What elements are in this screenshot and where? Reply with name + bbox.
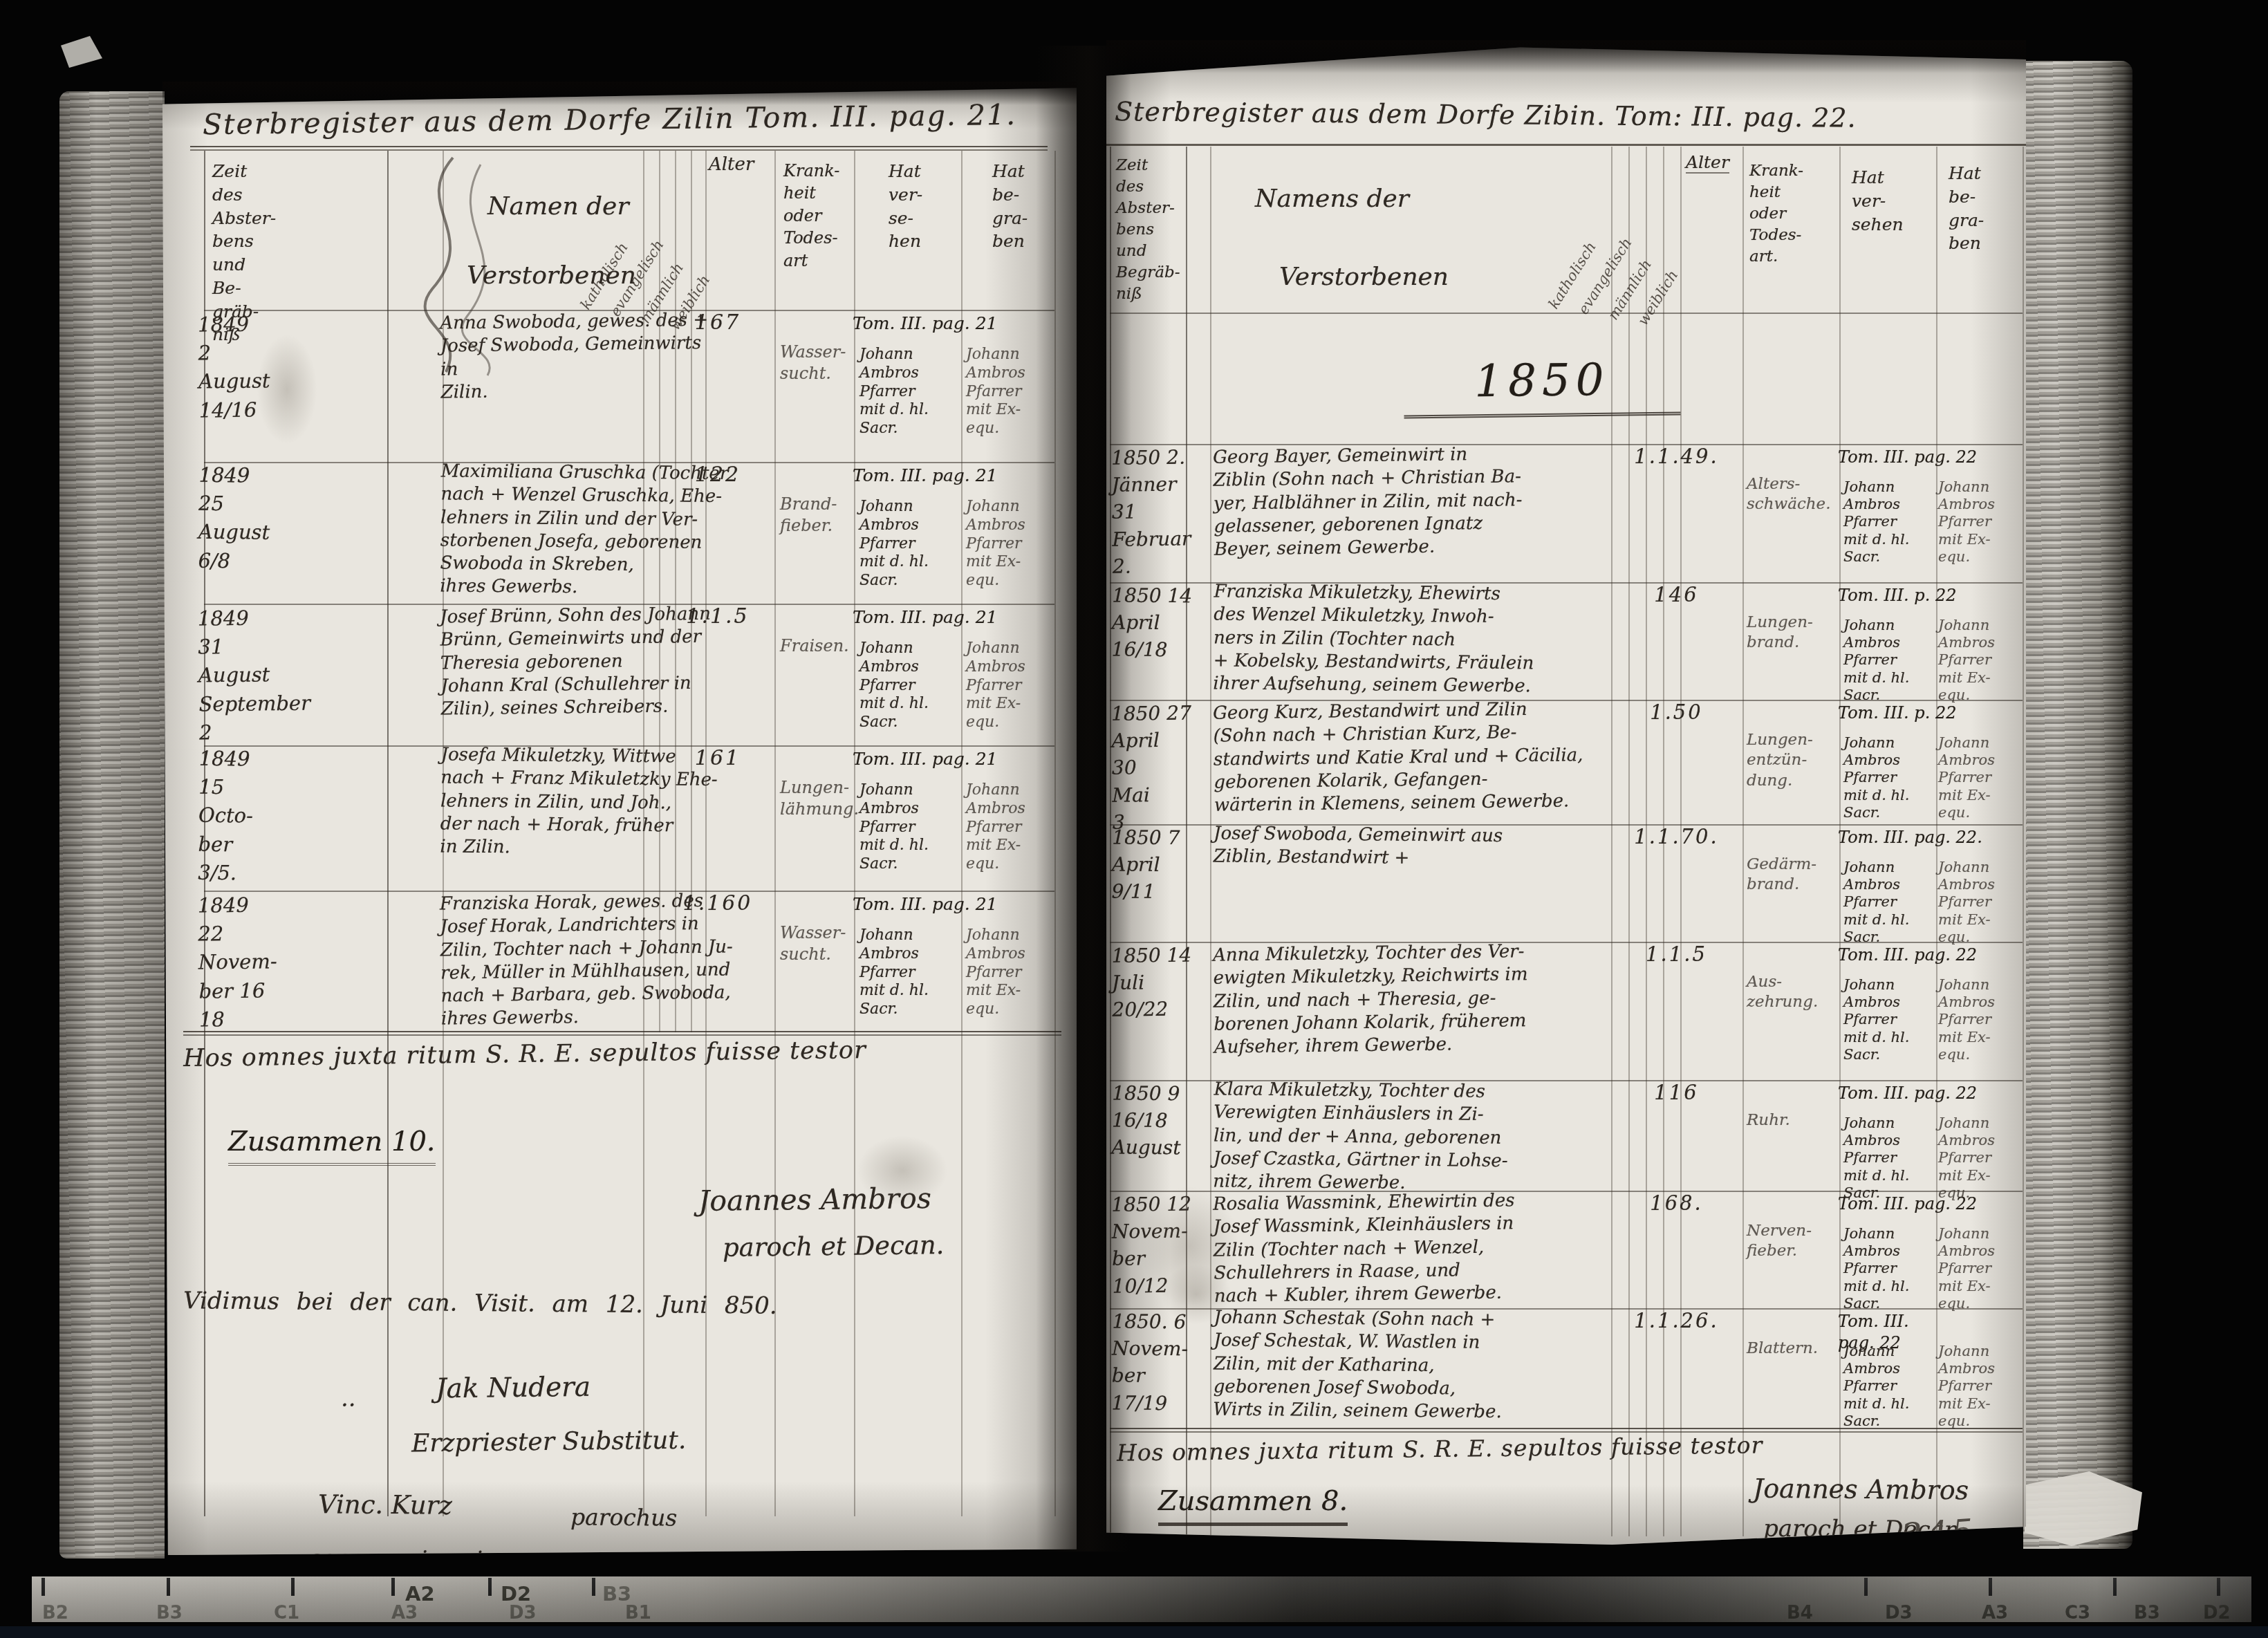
latin-attestation: Hos omnes juxta ritum S. R. E. sepultos …: [1117, 1431, 1763, 1466]
column-header-begraben: Hat be- gra- ben: [992, 160, 1028, 253]
column-header-begraben: Hat be- gra- ben: [1949, 162, 1984, 255]
cell-versehen: Johann Ambros Pfarrer mit d. hl. Sacr.: [1843, 859, 1932, 946]
cell-age: 167: [659, 310, 777, 336]
register-row: 1850 14 Juli 20/22 Anna Mikuletzky, Toch…: [1106, 942, 2026, 1080]
column-header-namen-1: Namen der: [487, 192, 629, 221]
cell-date: 1849 25 August 6/8: [198, 461, 382, 577]
ruler-label: A3: [391, 1603, 418, 1623]
column-header-namen-2: Verstorbenen: [1279, 263, 1449, 291]
cell-versehen: Johann Ambros Pfarrer mit d. hl. Sacr.: [1843, 1115, 1932, 1202]
cell-name: Anna Mikuletzky, Tochter des Ver- ewigte…: [1213, 939, 1629, 1059]
cell-tome-note: Tom. III. p. 22: [1838, 702, 2023, 724]
signature-name: Joannes Ambros: [1753, 1473, 1969, 1506]
column-header-krankheit: Krank- heit oder Todes- art.: [1749, 160, 1803, 268]
cell-versehen: Johann Ambros Pfarrer mit d. hl. Sacr.: [1843, 976, 1932, 1063]
cell-tome-note: Tom. III. pag. 21: [853, 893, 1054, 915]
cell-begraben: Johann Ambros Pfarrer mit Ex- equ.: [1938, 1115, 2021, 1202]
cell-age: 168.: [1619, 1191, 1733, 1216]
cell-begraben: Johann Ambros Pfarrer mit Ex- equ.: [966, 640, 1052, 732]
column-header-krankheit: Krank- heit oder Todes- art: [783, 160, 839, 272]
cell-disease: Alters- schwäche.: [1747, 474, 1835, 515]
visitator2-title: parochus: [570, 1503, 678, 1531]
register-row: 1850. 6 Novem- ber 17/19 Johann Schestak…: [1106, 1308, 2026, 1429]
scan-bottom-band: [0, 1626, 2268, 1638]
cell-disease: Lungen- lähmung.: [780, 777, 853, 819]
cell-versehen: Johann Ambros Pfarrer mit d. hl. Sacr.: [1843, 617, 1932, 704]
ruler-tick: [488, 1578, 492, 1596]
ruler-label: B1: [625, 1603, 651, 1623]
cell-begraben: Johann Ambros Pfarrer mit Ex- equ.: [1938, 859, 2021, 946]
cell-disease: Ruhr.: [1747, 1110, 1835, 1130]
cell-begraben: Johann Ambros Pfarrer mit Ex- equ.: [1938, 976, 2021, 1063]
page-title: Sterbregister aus dem Dorfe Zilin Tom. I…: [203, 98, 1017, 141]
register-row: 1850 9 16/18 August Klara Mikuletzky, To…: [1106, 1080, 2026, 1191]
register-row: 1849 31 August September 2 Josef Brünn, …: [162, 604, 1077, 745]
cell-disease: Blattern.: [1747, 1339, 1835, 1359]
cell-date: 1850 27 April 30 Mai 3: [1111, 699, 1209, 836]
register-row: 1850 7 April 9/11 Josef Swoboda, Gemeinw…: [1106, 824, 2026, 942]
register-row: 1849 2 August 14/16 Anna Swoboda, gewes.…: [162, 310, 1077, 462]
cell-age: 122: [659, 462, 777, 488]
total-count: Zusammen 8.: [1158, 1485, 1348, 1526]
cell-tome-note: Tom. III. pag. 22: [1838, 1193, 2023, 1215]
total-count: Zusammen 10.: [228, 1126, 436, 1166]
signature-title: paroch et Decan.: [723, 1230, 945, 1263]
visitator2-title-2: concommissarius: [309, 1545, 509, 1574]
cell-name: Johann Schestak (Sohn nach + Josef Sches…: [1213, 1306, 1628, 1425]
ruler-tick: [2217, 1578, 2220, 1596]
cell-age: 1.1.26.: [1619, 1308, 1733, 1334]
cell-begraben: Johann Ambros Pfarrer mit Ex- equ.: [966, 346, 1052, 438]
left-page-stack-edge: [59, 91, 165, 1558]
cell-age: 1.1.70.: [1619, 824, 1733, 850]
cell-name: Rosalia Wassmink, Ehewirtin des Josef Wa…: [1213, 1188, 1629, 1308]
register-row: 1850 12 Novem- ber 10/12 Rosalia Wassmin…: [1106, 1191, 2026, 1308]
cell-versehen: Johann Ambros Pfarrer mit d. hl. Sacr.: [1843, 1343, 1932, 1430]
ruler-tick: [167, 1578, 170, 1596]
cell-age: 146: [1619, 582, 1733, 608]
ruler-tick: [1989, 1578, 1992, 1596]
cell-begraben: Johann Ambros Pfarrer mit Ex- equ.: [966, 781, 1052, 874]
cell-tome-note: Tom. III. pag. 22: [1838, 1083, 2023, 1104]
cell-begraben: Johann Ambros Pfarrer mit Ex- equ.: [1938, 734, 2021, 821]
cell-disease: Aus- zehrung.: [1747, 972, 1835, 1013]
cell-begraben: Johann Ambros Pfarrer mit Ex- equ.: [1938, 1225, 2021, 1312]
cell-date: 1850 12 Novem- ber 10/12: [1111, 1190, 1209, 1299]
cell-begraben: Johann Ambros Pfarrer mit Ex- equ.: [966, 498, 1052, 590]
cell-date: 1849 22 Novem- ber 16 18: [198, 889, 382, 1034]
ruler-tick: [391, 1578, 395, 1596]
cell-versehen: Johann Ambros Pfarrer mit d. hl. Sacr.: [859, 781, 956, 874]
cell-age: 161: [659, 745, 777, 772]
right-page-stack-edge: [2023, 61, 2132, 1549]
cell-begraben: Johann Ambros Pfarrer mit Ex- equ.: [1938, 478, 2021, 566]
cell-date: 1849 2 August 14/16: [198, 308, 382, 425]
register-page-21: Sterbregister aus dem Dorfe Zilin Tom. I…: [162, 85, 1077, 1555]
cell-disease: Nerven- fieber.: [1747, 1221, 1835, 1262]
signature-name: Joannes Ambros: [698, 1182, 931, 1218]
ruler-label: B3: [602, 1582, 631, 1606]
cell-tome-note: Tom. III. p. 22: [1838, 585, 2023, 606]
cell-disease: Wasser- sucht.: [780, 342, 853, 384]
cell-age: 1.1.49.: [1619, 444, 1733, 469]
cell-name: Georg Kurz, Bestandwirt und Zilin (Sohn …: [1213, 697, 1629, 817]
column-header-alter: Alter: [1686, 152, 1729, 174]
ruler-label: D2: [2203, 1603, 2231, 1623]
cell-begraben: Johann Ambros Pfarrer mit Ex- equ.: [1938, 1343, 2021, 1430]
cell-tome-note: Tom. III. pag. 21: [853, 465, 1054, 487]
cell-date: 1850 14 Juli 20/22: [1111, 941, 1209, 1023]
cell-date: 1850 2. Jänner 31 Februar 2.: [1111, 443, 1209, 580]
cell-disease: Fraisen.: [780, 635, 853, 657]
register-row: 1849 22 Novem- ber 16 18 Franziska Horak…: [162, 891, 1077, 1032]
cell-date: 1849 15 Octo- ber 3/5.: [198, 745, 382, 888]
cell-versehen: Johann Ambros Pfarrer mit d. hl. Sacr.: [859, 346, 956, 438]
cell-age: 1.1.5: [659, 604, 777, 630]
title-underline: [190, 146, 1048, 151]
cell-disease: Gedärm- brand.: [1747, 855, 1835, 895]
cell-name: Georg Bayer, Gemeinwirt in Ziblin (Sohn …: [1213, 441, 1629, 561]
title-underline: [1106, 144, 2026, 146]
ruler-tick: [41, 1578, 45, 1596]
ruler-label: C3: [2065, 1603, 2090, 1623]
cell-versehen: Johann Ambros Pfarrer mit d. hl. Sacr.: [1843, 734, 1932, 821]
visitator2-signature: Vinc. Kurz: [318, 1489, 452, 1520]
ruler-label: B3: [2134, 1603, 2160, 1623]
cell-age: 1.160: [659, 891, 777, 917]
cell-name: Klara Mikuletzky, Tochter des Verewigten…: [1213, 1078, 1628, 1197]
ruler-label: B4: [1787, 1603, 1813, 1623]
cell-date: 1849 31 August September 2: [198, 602, 382, 747]
cell-tome-note: Tom. III. pag. 21: [853, 748, 1054, 770]
cell-date: 1850. 6 Novem- ber 17/19: [1111, 1307, 1209, 1417]
ruler-label: D3: [1885, 1603, 1913, 1623]
column-header-alter: Alter: [709, 154, 754, 175]
cell-disease: Brand- fieber.: [780, 494, 853, 536]
year-section-heading: 1850: [1403, 354, 1680, 419]
register-row: 1850 27 April 30 Mai 3 Georg Kurz, Besta…: [1106, 700, 2026, 824]
ruler-label: B3: [156, 1603, 183, 1623]
cell-age: 1.1.5: [1619, 942, 1733, 967]
cell-date: 1850 7 April 9/11: [1111, 823, 1209, 906]
ruler-label: A2: [405, 1582, 435, 1606]
cell-versehen: Johann Ambros Pfarrer mit d. hl. Sacr.: [1843, 478, 1932, 566]
cell-tome-note: Tom. III. pag. 22: [1838, 944, 2023, 966]
cell-date: 1850 9 16/18 August: [1111, 1079, 1209, 1162]
register-page-22: Sterbregister aus dem Dorfe Zibin. Tom: …: [1106, 43, 2026, 1545]
cell-versehen: Johann Ambros Pfarrer mit d. hl. Sacr.: [859, 498, 956, 590]
cell-disease: Lungen- entzün- dung.: [1747, 730, 1835, 791]
cell-tome-note: Tom. III. pag. 22.: [1838, 827, 2023, 848]
ruler-label: B2: [42, 1603, 68, 1623]
cell-versehen: Johann Ambros Pfarrer mit d. hl. Sacr.: [859, 927, 956, 1019]
scanned-register-photograph: Sterbregister aus dem Dorfe Zilin Tom. I…: [0, 0, 2268, 1638]
archival-page-number-pencil: 245: [1900, 1511, 1978, 1556]
ruler-label: D2: [501, 1582, 531, 1606]
cell-versehen: Johann Ambros Pfarrer mit d. hl. Sacr.: [1843, 1225, 1932, 1312]
ruler-label: D3: [509, 1603, 537, 1623]
register-row: 1850 14 April 16/18 Franziska Mikuletzky…: [1106, 582, 2026, 700]
ruler-tick: [1864, 1578, 1868, 1596]
cell-name: Josef Swoboda, Gemeinwirt aus Ziblin, Be…: [1214, 822, 1629, 872]
cell-disease: Lungen- brand.: [1747, 613, 1835, 653]
cell-age: 1.50: [1619, 700, 1733, 725]
header-bottom-rule: [1110, 313, 2023, 314]
column-header-zeit: Zeit des Abster- bens und Begräb- niß: [1116, 155, 1180, 305]
vidimus-note: Vidimus bei der can. Visit. am 12. Juni …: [183, 1287, 777, 1319]
ruler-label: C1: [274, 1603, 299, 1623]
visitator-title: Erzpriester Substitut.: [411, 1426, 687, 1458]
column-header-versehen: Hat ver- sehen: [1852, 166, 1904, 236]
register-row: 1849 15 Octo- ber 3/5. Josefa Mikuletzky…: [162, 745, 1077, 891]
cell-versehen: Johann Ambros Pfarrer mit d. hl. Sacr.: [859, 640, 956, 732]
ruler-tick: [291, 1578, 295, 1596]
cell-name: Josef Brünn, Sohn des Johann Brünn, Geme…: [440, 601, 846, 720]
register-row: 1849 25 August 6/8 Maximiliana Gruschka …: [162, 462, 1077, 604]
cell-begraben: Johann Ambros Pfarrer mit Ex- equ.: [966, 927, 1052, 1019]
cell-age: 116: [1619, 1080, 1733, 1106]
cell-disease: Wasser- sucht.: [780, 922, 853, 965]
cell-date: 1850 14 April 16/18: [1111, 581, 1209, 664]
photographic-scale-ruler: A2 D2 B3 B2 B3 C1 A3 D3 B1 B4 D3 A3 C3 B…: [32, 1576, 2251, 1622]
page-corner-highlight: [61, 36, 102, 68]
ruler-tick: [592, 1578, 595, 1596]
latin-attestation: Hos omnes juxta ritum S. R. E. sepultos …: [183, 1036, 866, 1072]
ruler-tick: [2113, 1578, 2117, 1596]
page-title: Sterbregister aus dem Dorfe Zibin. Tom: …: [1115, 96, 1857, 133]
register-row: 1850 2. Jänner 31 Februar 2. Georg Bayer…: [1106, 444, 2026, 582]
ruler-label: A3: [1982, 1603, 2008, 1623]
column-header-versehen: Hat ver- se- hen: [889, 160, 922, 253]
column-header-namen-1: Namens der: [1255, 185, 1409, 213]
cell-tome-note: Tom. III. pag. 21: [853, 606, 1054, 629]
cell-begraben: Johann Ambros Pfarrer mit Ex- equ.: [1938, 617, 2021, 704]
cell-tome-note: Tom. III. pag. 22: [1838, 447, 2023, 468]
cell-name: Franziska Mikuletzky, Ehewirts des Wenze…: [1213, 580, 1628, 699]
visitator-signature: Jak Nudera: [436, 1372, 591, 1405]
cell-tome-note: Tom. III. pag. 21: [853, 313, 1054, 335]
ditto-mark: ..: [341, 1385, 356, 1413]
